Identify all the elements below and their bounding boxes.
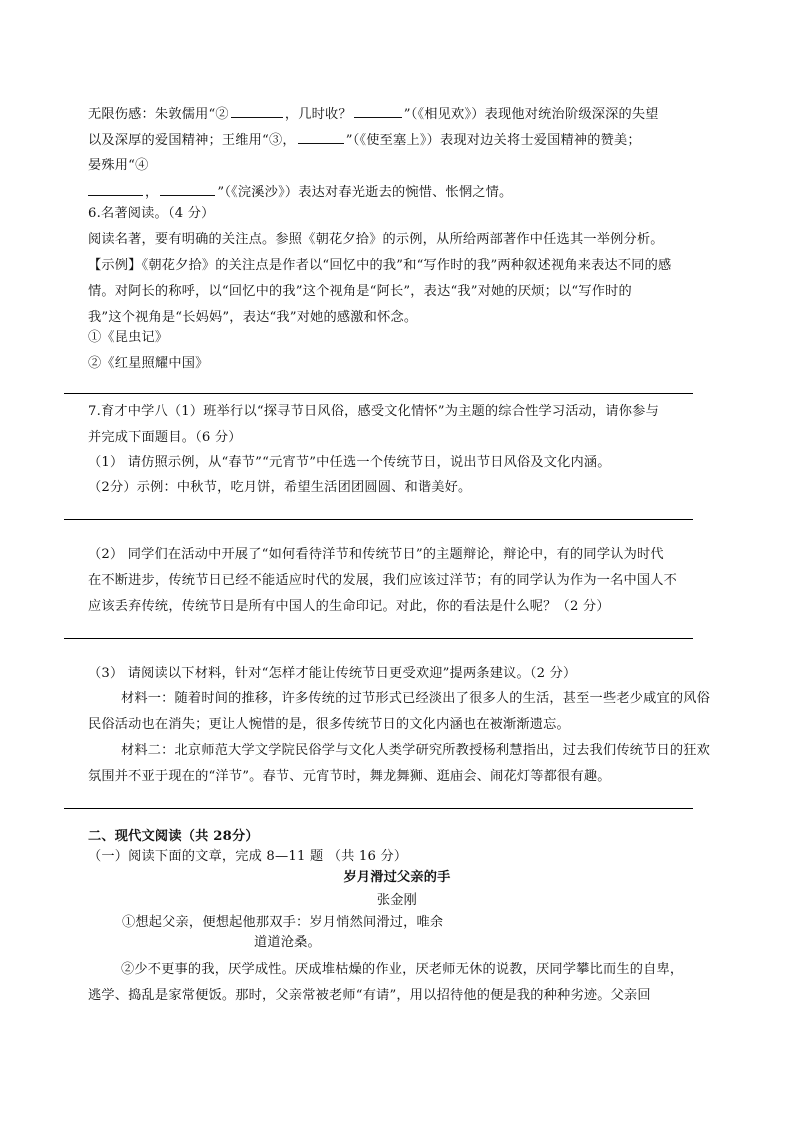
paragraph-1: ①想起父亲，便想起他那双手：岁月悄然间滑过，唯余 (122, 914, 443, 932)
q7-intro: 并完成下面题目。（6 分） (88, 429, 242, 447)
text: 以及深厚的爱国精神；王维用“③， (88, 133, 296, 148)
section-heading: 二、现代文阅读（共 28分） (88, 828, 259, 846)
material-1: 民俗活动也在消失；更让人惋惜的是，很多传统节日的文化内涵也在被渐渐遗忘。 (88, 716, 570, 734)
poem-line-4: ，”（《浣溪沙》）表达对春光逝去的惋惜、怅惘之情。 (88, 183, 512, 202)
section-subheading: （一）阅读下面的文章，完成 8—11 题 （共 16 分） (88, 848, 407, 866)
q6-text: 阅读名著，要有明确的关注点。参照《朝花夕拾》的示例，从所给两部著作中任选其一举例… (88, 231, 664, 249)
text: ，几时收？ (285, 107, 352, 122)
answer-line (64, 638, 693, 639)
q6-text: 情。对阿长的称呼，以“回忆中的我”这个视角是“阿长”，表达“我”对她的厌烦；以“… (88, 283, 632, 301)
answer-blank[interactable] (231, 105, 283, 118)
answer-blank[interactable] (88, 183, 143, 196)
q7-part2: （2） 同学们在活动中开展了“如何看待洋节和传统节日”的主题辩论，辩论中，有的同… (88, 546, 664, 564)
q7-intro: 7.育才中学八（1）班举行以“探寻节日风俗，感受文化情怀”为主题的综合性学习活动… (88, 403, 659, 421)
answer-line (64, 519, 693, 520)
answer-blank[interactable] (298, 131, 344, 144)
material-2: 氛围并不亚于现在的“洋节”。春节、元宵节时，舞龙舞狮、逛庙会、闹花灯等都很有趣。 (88, 768, 611, 786)
article-title: 岁月滑过父亲的手 (0, 869, 794, 887)
poem-line-1: 无限伤感：朱敦儒用“②，几时收？”（《相见欢》）表现他对统治阶级深深的失望 (88, 105, 659, 124)
text: ， (145, 185, 158, 200)
q7-part2: 应该丢弃传统，传统节日是所有中国人的生命印记。对此，你的看法是什么呢？（2 分） (88, 598, 610, 616)
q7-part1-example: （2分）示例：中秋节，吃月饼，希望生活团团圆圆、和谐美好。 (88, 479, 471, 497)
q7-part1: （1） 请仿照示例，从“春节”“元宵节”中任选一个传统节日，说出节日风俗及文化内… (88, 454, 611, 472)
q6-option: ①《昆虫记》 (88, 329, 168, 347)
article-author: 张金刚 (0, 892, 794, 910)
answer-blank[interactable] (354, 105, 402, 118)
paragraph-1: 道道沧桑。 (254, 934, 321, 952)
text: ”（《相见欢》）表现他对统治阶级深深的失望 (404, 107, 659, 122)
q6-title: 6.名著阅读。（4 分） (88, 205, 214, 223)
poem-line-3: 晏殊用“④ (88, 157, 149, 175)
text: ”（《浣溪沙》）表达对春光逝去的惋惜、怅惘之情。 (217, 185, 512, 200)
text: ”（《使至塞上》）表现对边关将士爱国精神的赞美； (346, 133, 641, 148)
poem-line-2: 以及深厚的爱国精神；王维用“③，”（《使至塞上》）表现对边关将士爱国精神的赞美； (88, 131, 641, 150)
paragraph-2: 逃学、捣乱是家常便饭。那时，父亲常被老师“有请”，用以招待他的便是我的种种劣迹。… (88, 987, 651, 1005)
q6-option: ②《红星照耀中国》 (88, 355, 209, 373)
answer-line (64, 808, 693, 809)
text: 无限伤感：朱敦儒用“② (88, 107, 229, 122)
q7-part2: 在不断进步，传统节日已经不能适应时代的发展，我们应该过洋节；有的同学认为作为一名… (88, 572, 677, 590)
material-2: 材料二：北京师范大学文学院民俗学与文化人类学研究所教授杨利慧指出，过去我们传统节… (121, 742, 710, 760)
answer-line (64, 393, 693, 394)
q7-part3: （3） 请阅读以下材料，针对“怎样才能让传统节日更受欢迎”提两条建议。（2 分） (88, 665, 576, 683)
q6-text: 【示例】《朝花夕拾》的关注点是作者以“回忆中的我”和“写作时的我”两种叙述视角来… (88, 257, 671, 275)
q6-text: 我”这个视角是“长妈妈”，表达“我”对她的感激和怀念。 (88, 309, 417, 327)
answer-blank[interactable] (160, 183, 215, 196)
material-1: 材料一：随着时间的推移，许多传统的过节形式已经淡出了很多人的生活，甚至一些老少咸… (121, 690, 710, 708)
paragraph-2: ②少不更事的我，厌学成性。厌成堆枯燥的作业，厌老师无休的说教，厌同学攀比而生的自… (121, 961, 683, 979)
